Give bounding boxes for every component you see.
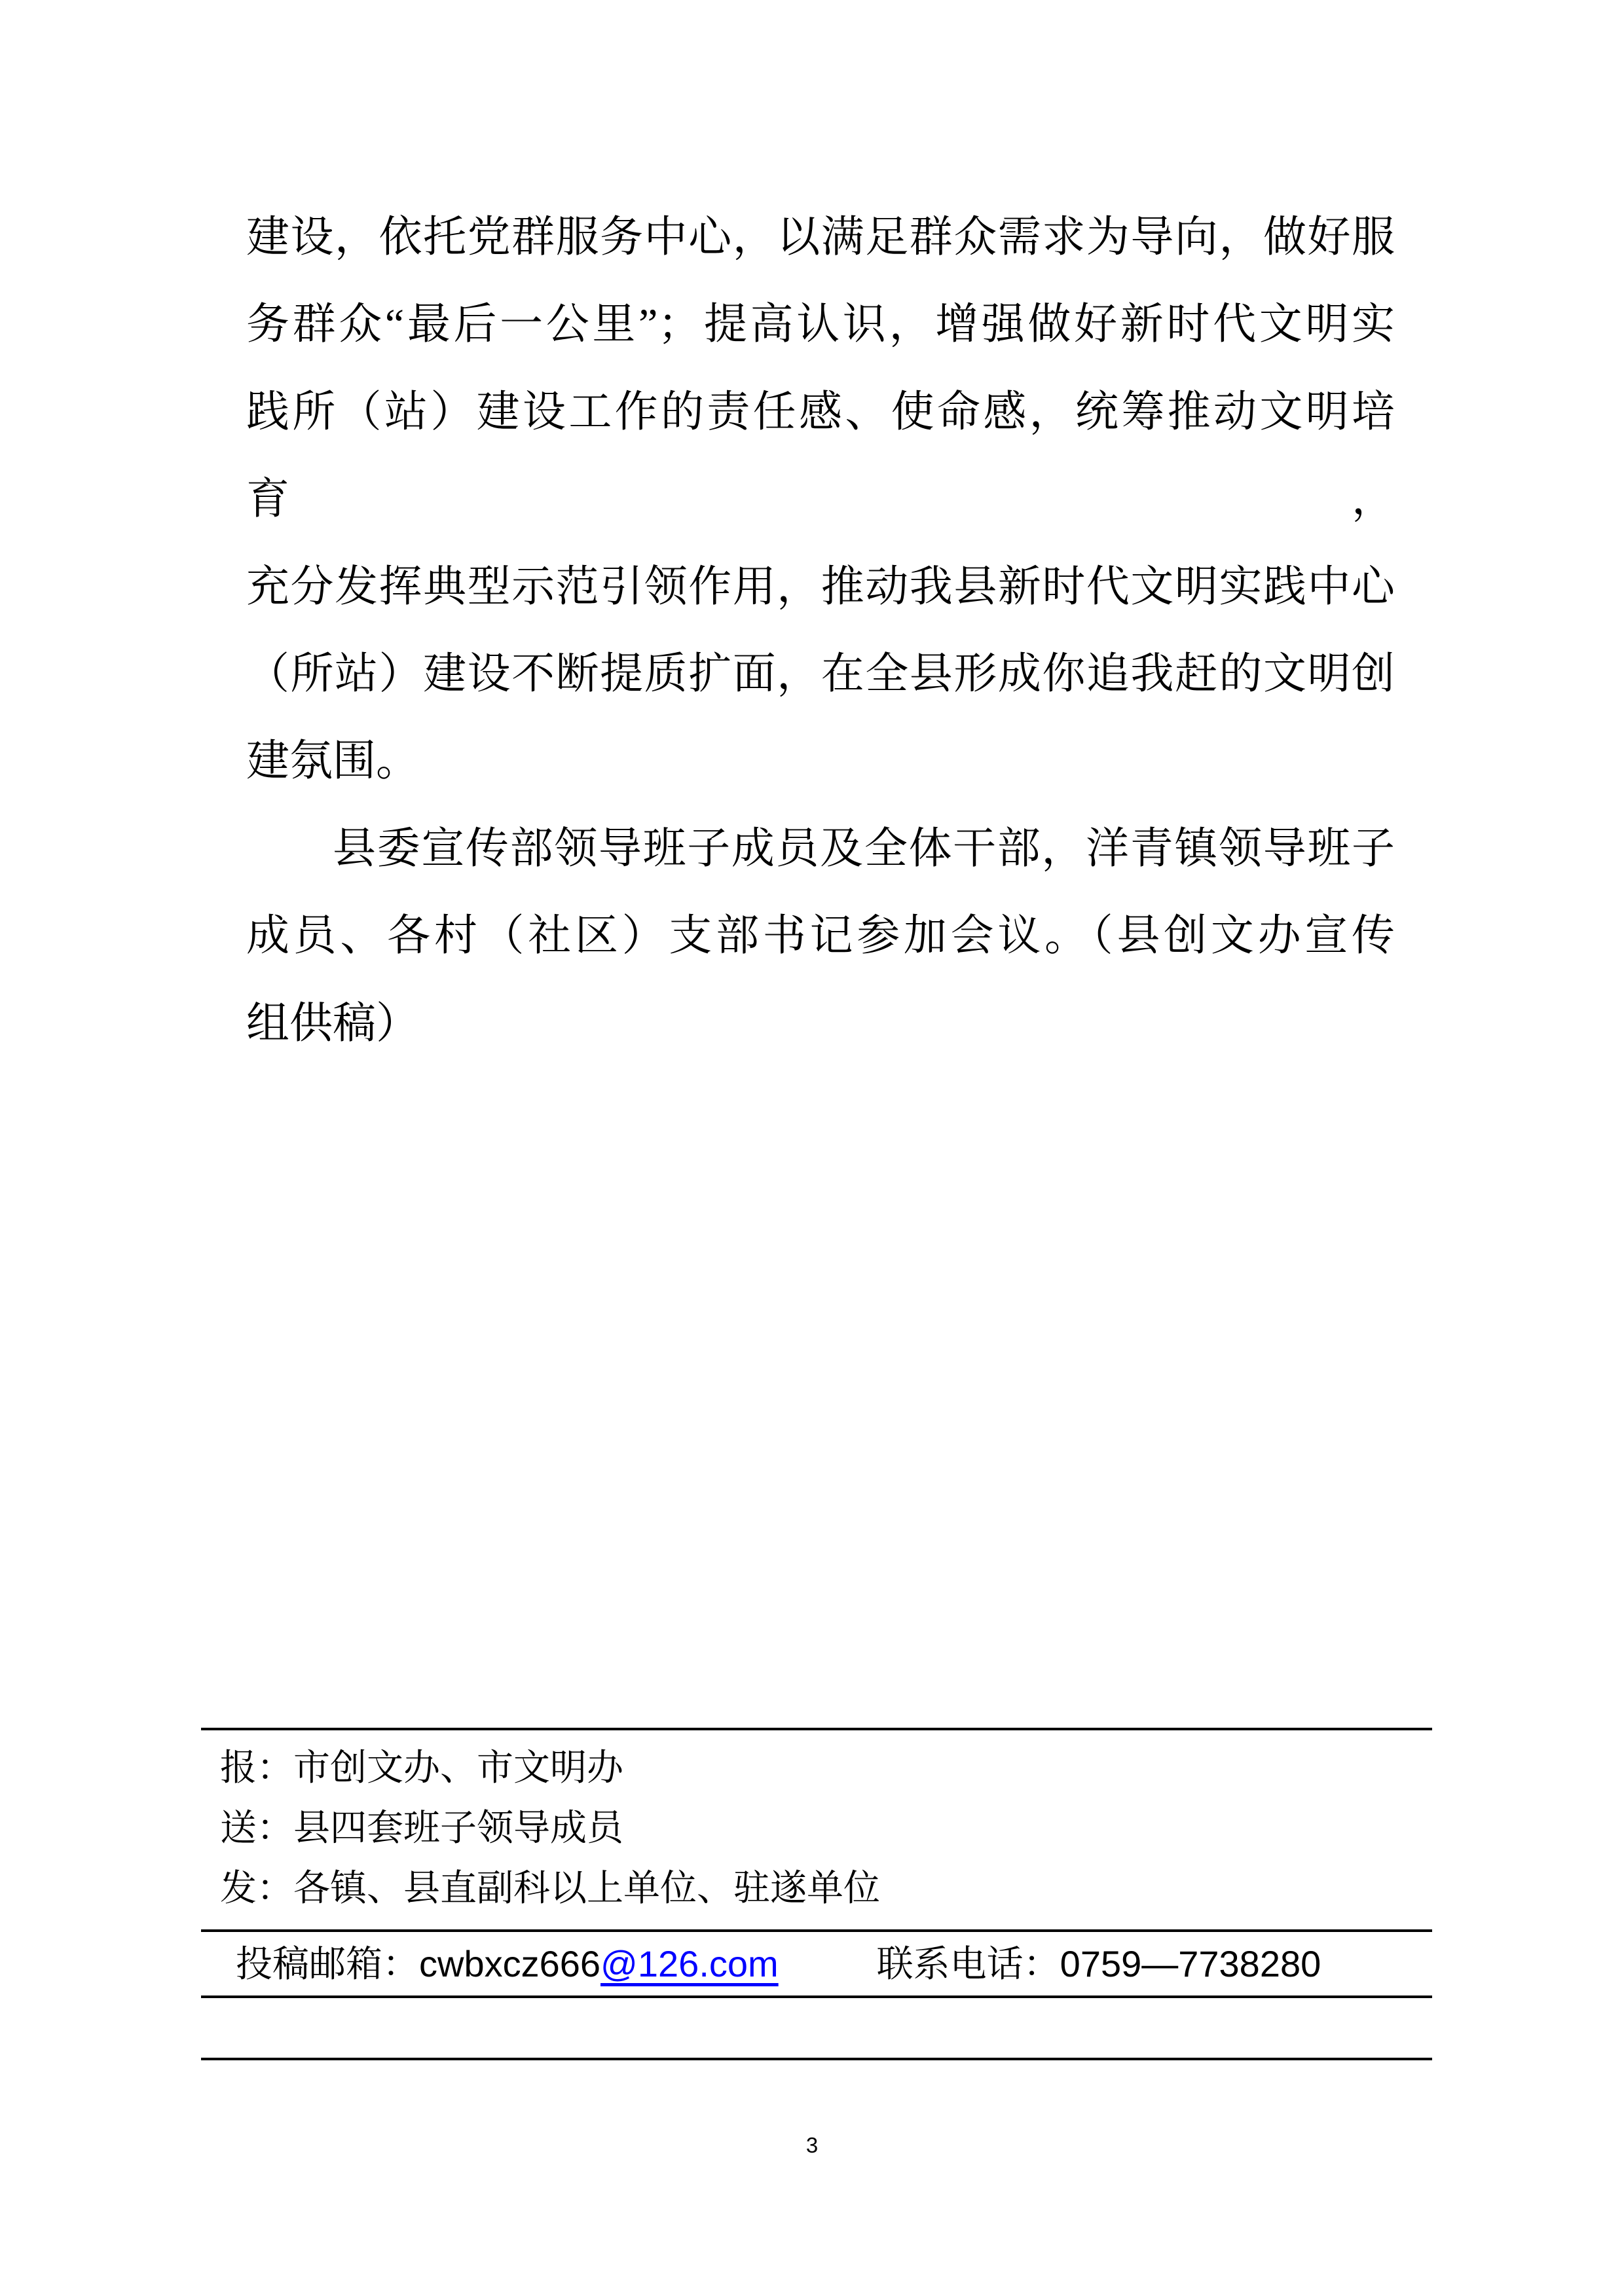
phone-group: 联系电话：0759—7738280 (877, 1944, 1321, 1985)
body-line-paragraph-end: 建氛围。 (246, 718, 1395, 805)
contact-line: 投稿邮箱：cwbxcz666@126.com联系电话：0759—7738280 (236, 1935, 1414, 1994)
contact-top-rule (201, 1929, 1432, 1932)
page-number: 3 (0, 2133, 1624, 2158)
distribution-line-send: 送：县四套班子领导成员 (220, 1798, 1399, 1859)
footer-bottom-rule (201, 2058, 1432, 2060)
body-line: 充分发挥典型示范引领作用，推动我县新时代文明实践中心 (246, 543, 1395, 630)
body-line: 务群众“最后一公里”；提高认识，增强做好新时代文明实 (246, 281, 1395, 368)
body-line: 成员、各村（社区）支部书记参加会议。（县创文办宣传 (246, 892, 1395, 979)
email-user: cwbxcz666 (419, 1943, 600, 1984)
document-page: 建设，依托党群服务中心，以满足群众需求为导向，做好服 务群众“最后一公里”；提高… (0, 0, 1624, 2296)
footer-top-rule (201, 1728, 1432, 1730)
email-link[interactable]: @126.com (600, 1943, 779, 1984)
body-text: 建设，依托党群服务中心，以满足群众需求为导向，做好服 务群众“最后一公里”；提高… (246, 194, 1395, 1067)
distribution-line-issue: 发：各镇、县直副科以上单位、驻遂单位 (220, 1859, 1399, 1919)
email-label: 投稿邮箱： (236, 1944, 419, 1985)
distribution-block: 报：市创文办、市文明办 送：县四套班子领导成员 发：各镇、县直副科以上单位、驻遂… (220, 1738, 1399, 1919)
body-line-paragraph-start: 县委宣传部领导班子成员及全体干部，洋青镇领导班子 (246, 805, 1395, 892)
body-line: 践所（站）建设工作的责任感、使命感，统筹推动文明培育， (246, 369, 1395, 543)
body-line: （所站）建设不断提质扩面，在全县形成你追我赶的文明创 (246, 630, 1395, 718)
distribution-line-report: 报：市创文办、市文明办 (220, 1738, 1399, 1798)
phone-label: 联系电话： (877, 1944, 1060, 1985)
body-line: 建设，依托党群服务中心，以满足群众需求为导向，做好服 (246, 194, 1395, 281)
body-line-paragraph-end: 组供稿） (246, 980, 1395, 1067)
contact-bottom-rule (201, 1995, 1432, 1998)
phone-number: 0759—7738280 (1060, 1943, 1321, 1984)
